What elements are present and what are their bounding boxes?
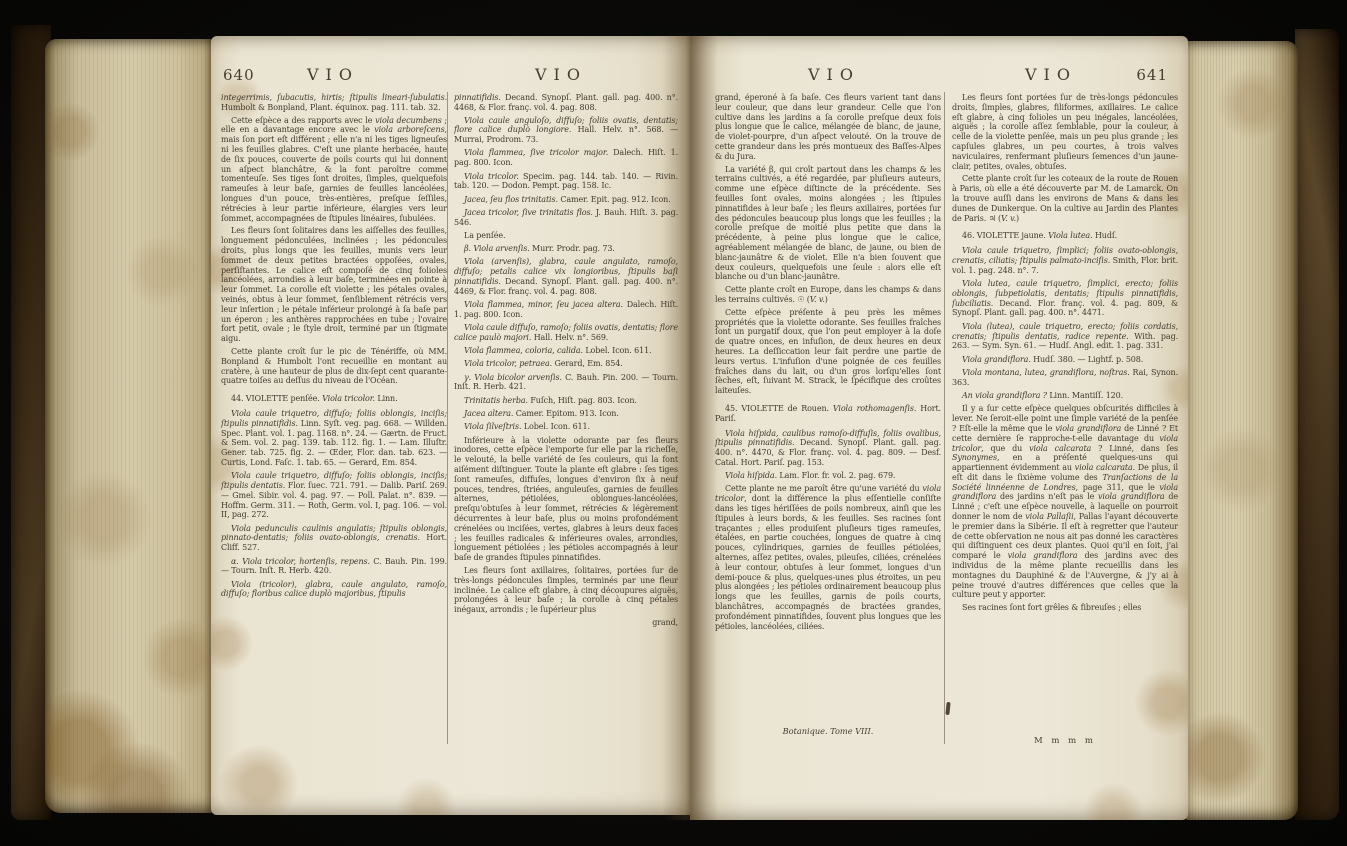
text-paragraph: Viola lutea, caule triquetro, ſimplici, …: [952, 279, 1178, 318]
text-paragraph: Ses racines ſont fort grêles & fibreuſes…: [952, 603, 1178, 613]
running-head: VIO: [535, 65, 587, 84]
text-paragraph: Inférieure à la violette odorante par ſe…: [454, 436, 678, 563]
volume-footer: Botanique. Tome VIII.: [715, 726, 941, 736]
text-paragraph: Viola ſilveſtris. Lobel. Icon. 611.: [454, 422, 678, 432]
text-paragraph: Cette plante croît ſur le pic de Ténérif…: [221, 347, 447, 386]
text-paragraph: Viola flammea, minor, ſeu jacea altera. …: [454, 300, 678, 320]
text-paragraph: 45. VIOLETTE de Rouen. Viola rothomagenſ…: [715, 404, 941, 424]
running-head: VIO: [808, 65, 860, 84]
ink-blot: [945, 702, 950, 715]
text-paragraph: Jacea tricolor, ſive trinitatis flos. J.…: [454, 208, 678, 228]
text-paragraph: Cette plante ne me paroît être qu'une va…: [715, 484, 941, 631]
text-paragraph: Viola grandiflora. Hudſ. 380. — Lightf. …: [952, 355, 1178, 365]
text-column: integerrimis, ſubacutis, hirtis; ſtipuli…: [221, 93, 447, 749]
text-paragraph: An viola grandiflora ? Linn. Mantiſſ. 12…: [952, 391, 1178, 401]
book-board-right: [1295, 29, 1339, 820]
text-column: grand, éperoné à ſa baſe. Ces fleurs var…: [715, 93, 941, 749]
text-paragraph: Les fleurs ſont axillaires, ſolitaires, …: [454, 566, 678, 615]
text-paragraph: Viola (tricolor), glabra, caule angulato…: [221, 580, 447, 600]
column-rule: [944, 92, 945, 744]
column-rule: [447, 92, 448, 744]
page-number-left: 640: [223, 66, 255, 84]
text-paragraph: Cette plante croît en Europe, dans les c…: [715, 285, 941, 305]
left-page: 640 VIO VIO integerrimis, ſubacutis, hir…: [211, 36, 690, 815]
text-paragraph: Viola montana, lutea, grandiflora, noſtr…: [952, 368, 1178, 388]
text-paragraph: Viola caule triquetro, diffuſo; foliis o…: [221, 409, 447, 468]
text-paragraph: Viola hiſpida. Lam. Flor. fr. vol. 2. pa…: [715, 471, 941, 481]
text-paragraph: Les fleurs ſont portées ſur de très-long…: [952, 93, 1178, 171]
text-paragraph: integerrimis, ſubacutis, hirtis; ſtipuli…: [221, 93, 447, 113]
text-paragraph: Viola tricolor. Specim. pag. 144. tab. 1…: [454, 172, 678, 192]
right-page: 641 VIO VIO grand, éperoné à ſa baſe. Ce…: [690, 36, 1188, 820]
text-paragraph: Les fleurs ſont ſolitaires dans les aiſſ…: [221, 226, 447, 344]
text-paragraph: Jacea, ſeu flos trinitatis. Camer. Epit.…: [454, 195, 678, 205]
text-paragraph: Viola (lutea), caule triquetro, erecto; …: [952, 322, 1178, 351]
text-paragraph: Viola pedunculis caulinis angulatis; ſti…: [221, 524, 447, 553]
text-paragraph: 44. VIOLETTE penſée. Viola tricolor. Lin…: [221, 394, 447, 404]
page-edges-left: [45, 39, 212, 813]
text-paragraph: Cette eſpèce préſente à peu près les mêm…: [715, 308, 941, 396]
text-paragraph: Viola caule diffuſo, ramoſo; foliis ovat…: [454, 323, 678, 343]
text-paragraph: La variété β, qui croît partout dans les…: [715, 165, 941, 283]
text-column: pinnatifidis. Decand. Synopſ. Plant. gal…: [454, 93, 678, 749]
running-head: VIO: [307, 65, 359, 84]
text-paragraph: Cette plante croît ſur les coteaux de la…: [952, 174, 1178, 223]
text-paragraph: Viola hiſpida, caulibus ramoſo-diffuſis,…: [715, 429, 941, 468]
text-paragraph: La penſée.: [454, 231, 678, 241]
text-paragraph: Viola flammea, ſive tricolor major. Dale…: [454, 148, 678, 168]
text-paragraph: Viola (arvenſis), glabra, caule angulato…: [454, 257, 678, 296]
text-paragraph: Il y a ſur cette eſpèce quelques obſcuri…: [952, 404, 1178, 600]
text-paragraph: pinnatifidis. Decand. Synopſ. Plant. gal…: [454, 93, 678, 113]
text-paragraph: Viola caule triquetro, diffuſo; foliis o…: [221, 471, 447, 520]
book-scan: { "colors": { "background": "#0b0a08", "…: [0, 0, 1347, 846]
text-paragraph: grand,: [454, 618, 678, 628]
text-paragraph: Cette eſpèce a des rapports avec le viol…: [221, 116, 447, 224]
text-paragraph: Viola tricolor, petraea. Gerard, Em. 854…: [454, 359, 678, 369]
text-paragraph: Trinitatis herba. Fuſch, Hiſt. pag. 803.…: [454, 396, 678, 406]
page-edges-right: [1186, 41, 1298, 820]
text-paragraph: Viola flammea, coloria, calida. Lobel. I…: [454, 346, 678, 356]
running-head: VIO: [1025, 65, 1077, 84]
text-paragraph: 46. VIOLETTE jaune. Viola lutea. Hudſ.: [952, 231, 1178, 241]
text-paragraph: Viola caule triquetro, ſimplici; foliis …: [952, 246, 1178, 275]
text-paragraph: grand, éperoné à ſa baſe. Ces fleurs var…: [715, 93, 941, 162]
text-paragraph: γ. Viola bicolor arvenſis. C. Bauh. Pin.…: [454, 373, 678, 393]
text-column: Les fleurs ſont portées ſur de très-long…: [952, 93, 1178, 749]
page-number-right: 641: [1136, 66, 1168, 84]
text-paragraph: α. Viola tricolor, hortenſis, repens. C.…: [221, 557, 447, 577]
text-paragraph: Jacea altera. Camer. Epitom. 913. Icon.: [454, 409, 678, 419]
gathering-signature: M m m m: [952, 736, 1178, 746]
text-paragraph: β. Viola arvenſis. Murr. Prodr. pag. 73.: [454, 244, 678, 254]
text-paragraph: Viola caule anguloſo, diffuſo; foliis ov…: [454, 116, 678, 145]
